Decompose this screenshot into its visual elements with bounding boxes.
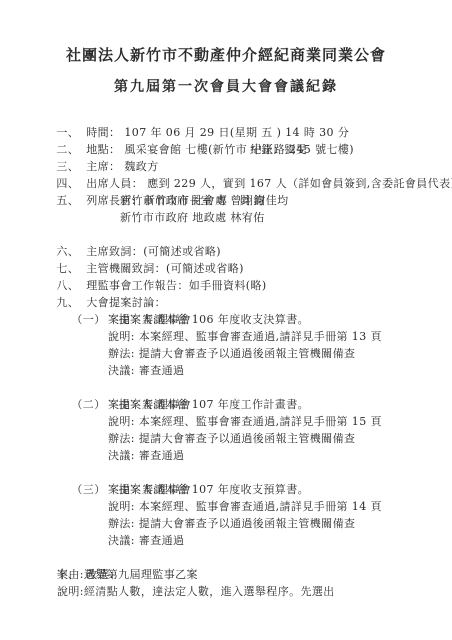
proposal-2-motion: 案由：審議本會 107 年度工作計畫書。 bbox=[0, 396, 452, 413]
proposal-3-resolution: 決議: 審查通過 bbox=[0, 532, 452, 549]
proposal-1-header: （一）提案人:理事會 bbox=[0, 294, 452, 311]
line-attendance: 四、出席人員：應到 229 人，實到 167 人（詳如會員簽到,含委託會員代表） bbox=[0, 158, 452, 175]
proposal-1-method: 辦法: 提請大會審查予以通過後函報主管機關備查 bbox=[0, 345, 452, 362]
proposal-1-explanation: 說明: 本案經理、監事會審查通過,請詳見手冊第 13 頁 bbox=[0, 328, 452, 345]
line-proposal-discussion: 九、大會提案討論： bbox=[0, 277, 452, 294]
document-body: 一、時間：107 年 06 月 29 日(星期 五 ) 14 時 30 分 二、… bbox=[0, 107, 452, 600]
line-time: 一、時間：107 年 06 月 29 日(星期 五 ) 14 時 30 分 bbox=[0, 107, 452, 124]
meeting-title: 第九屆第一次會員大會會議紀錄 bbox=[0, 76, 452, 96]
proposal-2-resolution: 決議: 審查通過 bbox=[0, 447, 452, 464]
proposal-3-explanation: 說明: 本案經理、監事會審查通過,請詳見手冊第 14 頁 bbox=[0, 498, 452, 515]
meeting-minutes-page: 社團法人新竹市不動產仲介經紀商業同業公會 第九屆第一次會員大會會議紀錄 一、時間… bbox=[0, 0, 452, 640]
line-guests: 五、列席長官:新竹市市長室 專 員 謝佳均 bbox=[0, 175, 452, 192]
line-chair-speech: 六、主席致詞：(可簡述或省略) bbox=[0, 226, 452, 243]
line-location: 二、地點：風采宴會館 七樓(新竹市 中正路 245 號七樓) bbox=[0, 124, 452, 141]
proposal-3-method: 辦法: 提請大會審查予以通過後函報主管機關備查 bbox=[0, 515, 452, 532]
line-election: 十、改選： bbox=[0, 549, 452, 566]
guest-entry: 新竹市市政府 社會處 曾翊鈞 bbox=[0, 192, 452, 209]
proposal-3-header: （三）提案人:理事會 bbox=[0, 464, 452, 481]
association-title: 社團法人新竹市不動產仲介經紀商業同業公會 bbox=[0, 0, 452, 65]
proposal-2-method: 辦法: 提請大會審查予以通過後函報主管機關備查 bbox=[0, 430, 452, 447]
line-chairman: 三、主席：魏政方 紀錄：劉旻 bbox=[0, 141, 452, 158]
election-motion: 案由:選舉第九屆理監事乙案 bbox=[0, 566, 452, 583]
proposal-3-motion: 案由：審議本會 107 年度收支預算書。 bbox=[0, 481, 452, 498]
line-authority-speech: 七、主管機關致詞：(可簡述或省略) bbox=[0, 243, 452, 260]
election-explanation: 說明:經清點人數，達法定人數，進入選舉程序。先選出 bbox=[0, 583, 452, 600]
line-board-report: 八、理監事會工作報告：如手冊資料(略) bbox=[0, 260, 452, 277]
proposal-2-header: （二）提案人:理事會 bbox=[0, 379, 452, 396]
guest-entry: 新竹市市政府 地政處 林宥佑 bbox=[0, 209, 452, 226]
proposal-1-motion: 案由：審議本會 106 年度收支決算書。 bbox=[0, 311, 452, 328]
proposal-2-explanation: 說明: 本案經理、監事會審查通過,請詳見手冊第 15 頁 bbox=[0, 413, 452, 430]
recorder-label: 紀錄：劉旻 bbox=[250, 141, 307, 158]
proposal-1-resolution: 決議: 審查通過 bbox=[0, 362, 452, 379]
